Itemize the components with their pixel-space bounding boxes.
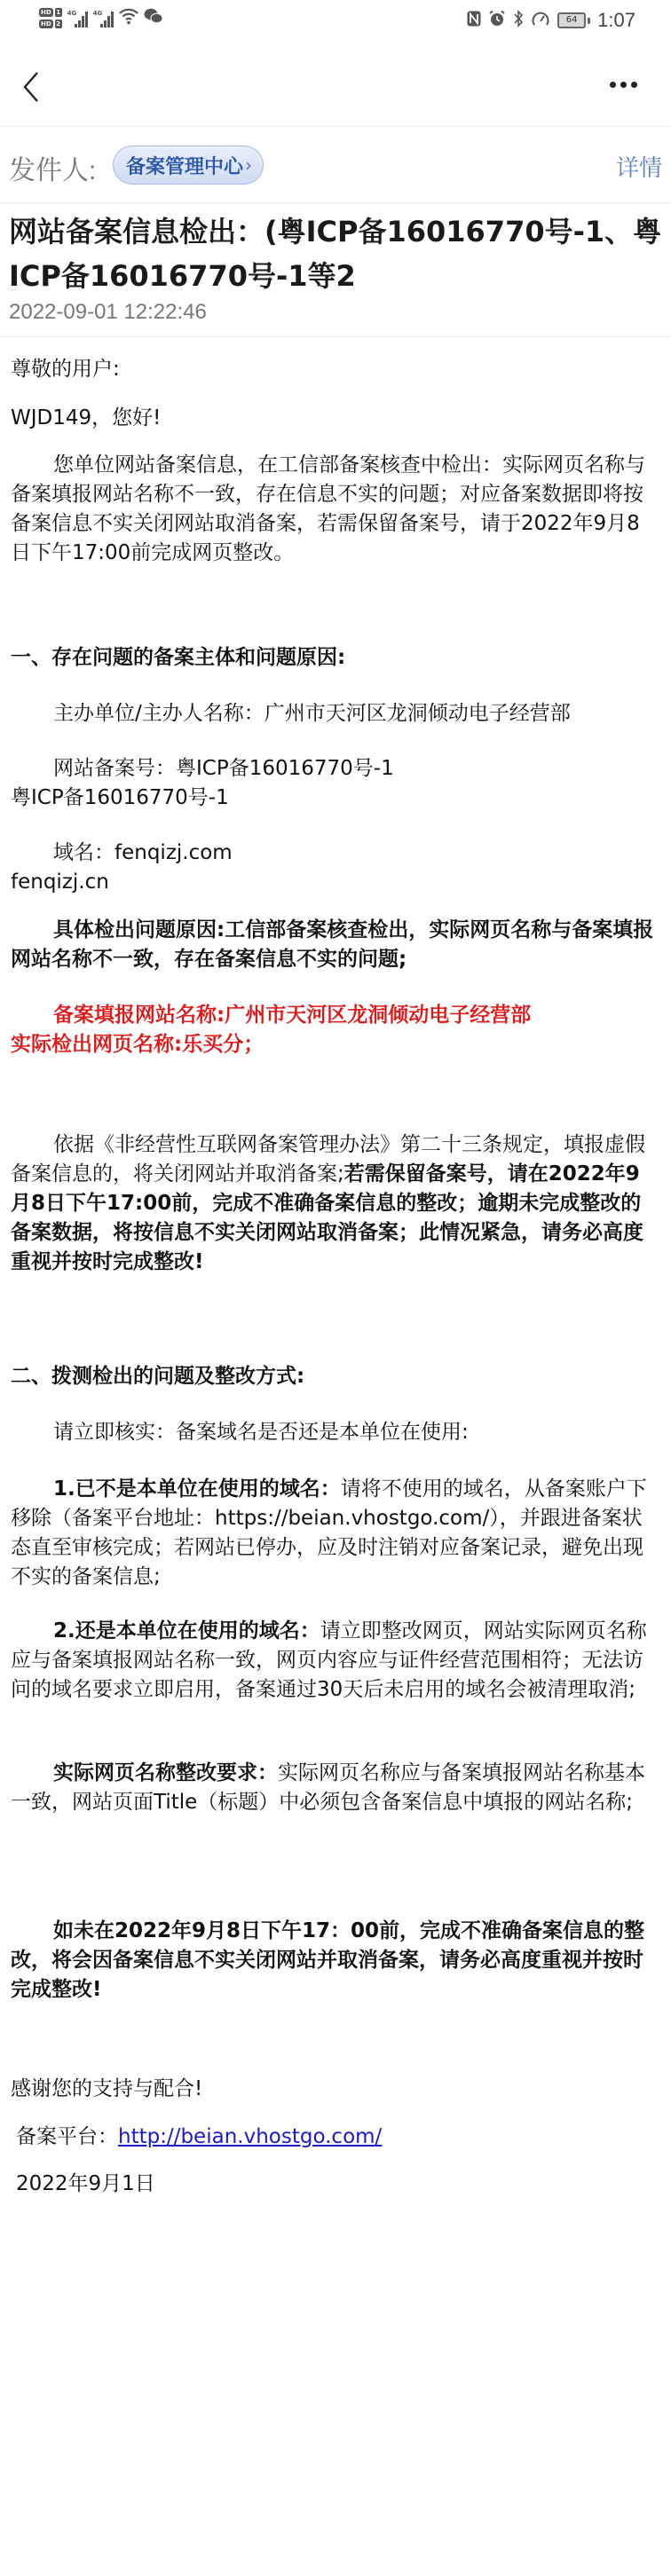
signal-4g-icon: 4G [67, 10, 88, 28]
status-right: 64 1:07 [467, 9, 635, 32]
domain-line-2: fenqizj.cn [11, 868, 657, 897]
wechat-icon [144, 7, 163, 29]
platform-line: 备案平台：http://beian.vhostgo.com/ [16, 2123, 662, 2152]
network-type: 4G [93, 10, 103, 17]
battery-level: 64 [557, 12, 586, 28]
divider [0, 202, 671, 203]
email-subject: 网站备案信息检出：(粤ICP备16016770号-1、粤ICP备16016770… [9, 209, 662, 298]
sender-label: 发件人: [9, 148, 96, 187]
verify-line: 请立即核实：备案域名是否还是本单位在使用: [11, 1418, 657, 1447]
hd-sim2-icon: HD 2 [39, 20, 62, 28]
signal-4g-icon: 4G [93, 10, 114, 28]
more-button[interactable] [610, 75, 637, 95]
sim-slot: 1 [55, 8, 62, 17]
item2-paragraph: 2.还是本单位在使用的域名：请立即整改网页，网站实际网页名称应与备案填报网站名称… [11, 1617, 657, 1705]
host-value: 广州市天河区龙洞倾动电子经营部 [264, 702, 571, 725]
sent-timestamp: 2022-09-01 12:22:46 [9, 300, 207, 325]
requirement-heading: 实际网页名称整改要求： [53, 1761, 278, 1784]
intro-paragraph: 您单位网站备案信息，在工信部备案核查中检出：实际网页名称与备案填报网站名称不一致… [11, 451, 657, 568]
registered-name-line: 备案填报网站名称:广州市天河区龙洞倾动电子经营部 [11, 1001, 657, 1030]
nav-bar [0, 59, 671, 117]
item1-paragraph: 1.已不是本单位在使用的域名：请将不使用的域名，从备案账户下移除（备案平台地址：… [11, 1475, 657, 1592]
wifi-icon [119, 7, 138, 29]
requirement-paragraph: 实际网页名称整改要求：实际网页名称应与备案填报网站名称基本一致，网站页面Titl… [11, 1759, 657, 1817]
status-left: HD 1 HD 2 4G 4G [39, 7, 163, 29]
reason-paragraph: 具体检出问题原因:工信部备案核查检出，实际网页名称与备案填报网站名称不一致，存在… [11, 916, 657, 974]
registered-name-value: 广州市天河区龙洞倾动电子经营部 [225, 1004, 531, 1027]
host-label: 主办单位/主办人名称： [53, 702, 264, 725]
actual-name-line: 实际检出网页名称:乐买分； [11, 1030, 657, 1060]
hd-label: HD [39, 8, 53, 17]
sender-row: 发件人: 备案管理中心 › 详情 [0, 138, 671, 196]
icp-value: 粤ICP备16016770号-1 [176, 757, 394, 780]
platform-label: 备案平台： [16, 2125, 118, 2148]
more-dots-icon [610, 82, 616, 88]
section1-title: 一、存在问题的备案主体和问题原因: [11, 643, 657, 673]
back-button[interactable] [18, 67, 53, 106]
alarm-icon [488, 10, 506, 32]
details-link[interactable]: 详情 [616, 150, 662, 183]
chevron-right-icon: › [245, 154, 252, 176]
sender-name: 备案管理中心 [126, 152, 243, 179]
section2-title: 二、拨测检出的问题及整改方式: [11, 1362, 657, 1391]
bluetooth-icon [513, 10, 524, 32]
actual-name-value: 乐买分； [182, 1033, 264, 1056]
icp-line: 网站备案号：粤ICP备16016770号-1 [11, 754, 657, 784]
hd-label: HD [39, 20, 53, 28]
platform-link[interactable]: http://beian.vhostgo.com/ [118, 2125, 382, 2148]
legal-paragraph: 依据《非经营性互联网备案管理办法》第二十三条规定，填报虚假备案信息的，将关闭网站… [11, 1130, 657, 1277]
icp-line-2: 粤ICP备16016770号-1 [11, 784, 657, 813]
clock: 1:07 [597, 9, 635, 32]
divider [0, 336, 671, 337]
domain-line: 域名：fenqizj.com [11, 839, 657, 868]
sim-slot: 2 [55, 20, 62, 28]
sender-chip[interactable]: 备案管理中心 › [113, 146, 264, 185]
nfc-icon [467, 11, 481, 31]
divider [0, 126, 671, 127]
sign-date: 2022年9月1日 [16, 2170, 662, 2199]
speed-icon [531, 10, 550, 32]
status-bar: HD 1 HD 2 4G 4G [0, 0, 671, 50]
actual-name-label: 实际检出网页名称: [11, 1033, 182, 1056]
domain-label: 域名： [53, 841, 114, 864]
registered-name-label: 备案填报网站名称: [53, 1004, 225, 1027]
hd-sim-indicators: HD 1 HD 2 [39, 8, 62, 28]
icp-label: 网站备案号： [53, 757, 176, 780]
network-type: 4G [67, 10, 77, 17]
chevron-left-icon [18, 67, 44, 106]
hd-sim1-icon: HD 1 [39, 8, 62, 17]
domain-value: fenqizj.com [114, 841, 233, 864]
greeting: 尊敬的用户: [11, 355, 657, 384]
hello-line: WJD149，您好! [11, 404, 657, 433]
item1-heading: 1.已不是本单位在使用的域名： [53, 1477, 341, 1501]
thanks-line: 感谢您的支持与配合! [11, 2075, 657, 2104]
battery-icon: 64 [557, 12, 590, 28]
item2-heading: 2.还是本单位在使用的域名： [53, 1619, 320, 1642]
host-line: 主办单位/主办人名称：广州市天河区龙洞倾动电子经营部 [11, 699, 657, 729]
warning-paragraph: 如未在2022年9月8日下午17：00前，完成不准确备案信息的整改，将会因备案信… [11, 1917, 657, 2005]
